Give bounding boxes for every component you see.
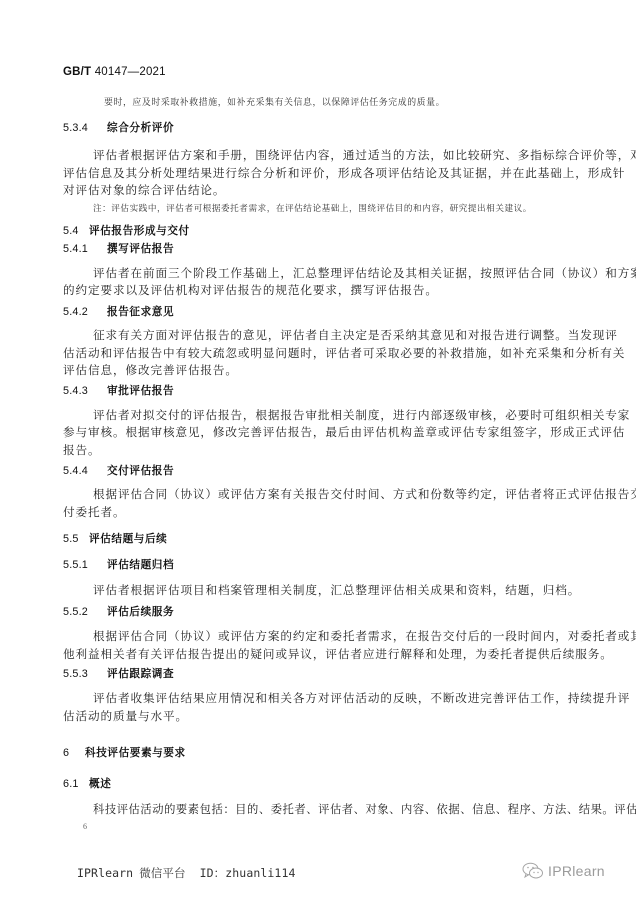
body-line: 科技评估活动的要素包括：目的、委托者、评估者、对象、内容、依据、信息、程序、方法… xyxy=(93,801,636,817)
body-line: 根据评估合同（协议）或评估方案有关报告交付时间、方式和份数等约定，评估者将正式评… xyxy=(93,486,636,502)
section-title: 评估结题与后续 xyxy=(89,531,167,546)
section-heading-5-3-4: 5.3.4综合分析评价 xyxy=(63,120,174,135)
standard-identifier: GB/T 40147—2021 xyxy=(63,66,166,78)
section-heading-5-4-1: 5.4.1撰写评估报告 xyxy=(63,241,174,256)
section-title: 审批评估报告 xyxy=(107,383,174,398)
footer-source-label: IPRlearn微信平台ID：zhuanli114 xyxy=(77,865,302,881)
section-number: 6.1 xyxy=(63,778,89,790)
section-title: 科技评估要素与要求 xyxy=(85,745,186,760)
body-line: 他利益相关者有关评估报告提出的疑问或异议，评估者应进行解释和处理，为委托者提供后… xyxy=(63,646,613,662)
section-title: 评估结题归档 xyxy=(107,557,174,572)
section-heading-5-4-3: 5.4.3审批评估报告 xyxy=(63,383,174,398)
section-number: 5.4.4 xyxy=(63,465,107,477)
section-number: 5.5.1 xyxy=(63,559,107,571)
footer-id: ID：zhuanli114 xyxy=(200,866,296,880)
section-title: 撰写评估报告 xyxy=(107,241,174,256)
document-page: GB/T 40147—2021 要时，应及时采取补救措施，如补充采集有关信息，以… xyxy=(0,0,636,900)
section-heading-5-5-3: 5.5.3评估跟踪调查 xyxy=(63,666,174,681)
body-line: 估活动的质量与水平。 xyxy=(63,708,188,724)
section-heading-5-4-2: 5.4.2报告征求意见 xyxy=(63,304,174,319)
body-line: 征求有关方面对评估报告的意见，评估者自主决定是否采纳其意见和对报告进行调整。当发… xyxy=(93,327,618,343)
section-heading-5-4-4: 5.4.4交付评估报告 xyxy=(63,463,174,478)
section-number: 5.4.3 xyxy=(63,385,107,397)
body-line: 评估者对拟交付的评估报告，根据报告审批相关制度，进行内部逐级审核，必要时可组织相… xyxy=(93,407,630,423)
note-line: 注：评估实践中，评估者可根据委托者需求，在评估结论基础上，围绕评估目的和内容，研… xyxy=(93,202,532,214)
body-line: 的约定要求以及评估机构对评估报告的规范化要求，撰写评估报告。 xyxy=(63,282,438,298)
standard-prefix: GB/T xyxy=(63,66,91,78)
section-number: 5.5.3 xyxy=(63,668,107,680)
body-line: 报告。 xyxy=(63,442,100,458)
footer-watermark: IPRlearn xyxy=(522,862,605,880)
section-heading-5-5: 5.5评估结题与后续 xyxy=(63,531,167,546)
body-line: 对评估对象的综合评估结论。 xyxy=(63,182,225,198)
body-line: 参与审核。根据审核意见，修改完善评估报告，最后由评估机构盖章或评估专家组签字，形… xyxy=(63,424,625,440)
section-heading-5-4: 5.4评估报告形成与交付 xyxy=(63,223,190,238)
body-line: 评估者在前面三个阶段工作基础上，汇总整理评估结论及其相关证据，按照评估合同（协议… xyxy=(93,265,636,281)
body-line: 估活动和评估报告中有较大疏忽或明显问题时，评估者可采取必要的补救措施，如补充采集… xyxy=(63,345,625,361)
section-number: 5.5.2 xyxy=(63,606,107,618)
body-line: 评估者收集评估结果应用情况和相关各方对评估活动的反映，不断改进完善评估工作，持续… xyxy=(93,690,630,706)
section-number: 5.4.1 xyxy=(63,243,107,255)
section-title: 综合分析评价 xyxy=(107,120,174,135)
body-line: 评估信息，修改完善评估报告。 xyxy=(63,362,238,378)
section-number: 5.4 xyxy=(63,225,89,237)
section-title: 报告征求意见 xyxy=(107,304,174,319)
section-number: 5.4.2 xyxy=(63,306,107,318)
section-title: 评估跟踪调查 xyxy=(107,666,174,681)
section-heading-6: 6科技评估要素与要求 xyxy=(63,745,186,760)
watermark-footer: IPRlearn微信平台ID：zhuanli114 IPRlearn xyxy=(0,850,636,900)
body-line: 要时，应及时采取补救措施，如补充采集有关信息，以保障评估任务完成的质量。 xyxy=(104,95,445,108)
body-line: 评估信息及其分析处理结果进行综合分析和评价，形成各项评估结论及其证据，并在此基础… xyxy=(63,165,625,181)
body-line: 评估者根据评估项目和档案管理相关制度，汇总整理评估相关成果和资料，结题，归档。 xyxy=(93,582,580,598)
section-heading-5-5-1: 5.5.1评估结题归档 xyxy=(63,557,174,572)
page-number: 6 xyxy=(83,822,87,831)
section-title: 评估后续服务 xyxy=(107,604,174,619)
body-line: 评估者根据评估方案和手册，围绕评估内容，通过适当的方法，如比较研究、多指标综合评… xyxy=(93,147,636,163)
section-number: 5.3.4 xyxy=(63,122,107,134)
wechat-icon xyxy=(522,862,544,880)
body-line: 根据评估合同（协议）或评估方案的约定和委托者需求，在报告交付后的一段时间内，对委… xyxy=(93,628,636,644)
section-number: 6 xyxy=(63,747,85,759)
footer-brand: IPRlearn xyxy=(77,866,133,880)
footer-watermark-text: IPRlearn xyxy=(548,863,605,879)
body-line: 付委托者。 xyxy=(63,504,125,520)
standard-number: 40147—2021 xyxy=(95,66,166,78)
section-title: 评估报告形成与交付 xyxy=(89,223,190,238)
section-title: 交付评估报告 xyxy=(107,463,174,478)
section-heading-5-5-2: 5.5.2评估后续服务 xyxy=(63,604,174,619)
footer-platform: 微信平台 xyxy=(139,866,185,880)
section-title: 概述 xyxy=(89,776,111,791)
section-heading-6-1: 6.1概述 xyxy=(63,776,111,791)
section-number: 5.5 xyxy=(63,533,89,545)
